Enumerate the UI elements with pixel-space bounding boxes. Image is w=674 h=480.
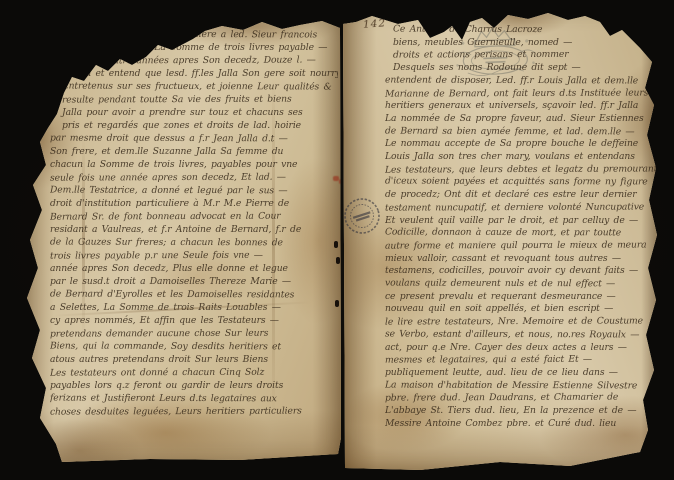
manuscript-line: pris et regardés que zones et droits de … <box>50 119 338 132</box>
folio-number: 142 <box>363 17 387 31</box>
manuscript-line: p.rveu et entend que lesd. ff.les Jalla … <box>50 67 338 80</box>
manuscript-line: de Bernard sa bien aymée femme, et lad. … <box>385 125 659 139</box>
manuscript-scan-background: au droit d'institution particuliere a le… <box>0 0 674 480</box>
manuscript-line: Jalla pour avoir a prendre sur touz et c… <box>50 106 338 119</box>
manuscript-line: mieux valloir, cassant et revoquant tous… <box>385 253 659 266</box>
manuscript-line: voulans quilz demeurent nuls et de nul e… <box>385 278 659 292</box>
manuscript-line: Le nommau accepte de Sa propre bouche le… <box>385 138 659 151</box>
manuscript-line: testament nuncupatif, et derniere volont… <box>385 201 659 215</box>
manuscript-line: Messire Antoine Combez pbre. et Curé dud… <box>385 418 659 431</box>
binding-stitch <box>335 300 339 307</box>
binding-stitch <box>334 241 338 248</box>
manuscript-line: testamens, codicilles, pouvoir avoir cy … <box>385 265 659 278</box>
manuscript-line: a Selettes, La Somme de trois Raits Loua… <box>50 301 338 314</box>
manuscript-line: mesmes et legataires, qui a esté faict E… <box>385 354 659 368</box>
handwritten-text-right: Ce Antoine de Charrus Lacrozebiens, meub… <box>385 24 659 431</box>
manuscript-line: Biens, qui la commande, Soy desdits heri… <box>50 339 338 353</box>
manuscript-line: L'abbaye St. Tiers dud. lieu, En la prez… <box>385 405 659 418</box>
manuscript-line: Dem.lle Testatrice, a donné et legué par… <box>50 183 338 197</box>
manuscript-line: biens, meubles Guernieulle, nomed — <box>385 37 659 50</box>
manuscript-line: droits et actions perisans et nommer <box>385 49 659 63</box>
manuscript-line: le lire estre testateurs, Nre. Memoire e… <box>385 316 659 330</box>
manuscript-line: Marianne de Bernard, ont fait leurs d.ts… <box>385 87 659 101</box>
handwritten-text-left: au droit d'institution particuliere a le… <box>50 28 338 418</box>
manuscript-line: se Verbo, estant d'ailleurs, et nous, no… <box>385 328 659 342</box>
manuscript-line: autre forme et maniere quil pourra le mi… <box>385 239 659 253</box>
manuscript-page-left: au droit d'institution particuliere a le… <box>22 18 341 464</box>
manuscript-line: entendent de disposer, Led. ff.r Louis J… <box>385 74 659 88</box>
manuscript-line: heritiers generaux et universels, sçavoi… <box>385 100 659 113</box>
manuscript-line: choses desduites leguées, Leurs heritier… <box>50 404 338 418</box>
manuscript-line: Codicille, donnaon à cauze de mort, et p… <box>385 227 659 241</box>
manuscript-page-right: 142 <box>341 8 664 472</box>
manuscript-line: Son frere, et dem.lle Suzanne Jalla Sa f… <box>50 145 338 158</box>
manuscript-line: par le susd.t droit a Damoiselles Therez… <box>50 275 338 288</box>
manuscript-line: payable quatre années apres Son decedz, … <box>50 53 338 67</box>
manuscript-line: Jalla Son d.t frere, La Somme de trois l… <box>50 41 338 54</box>
manuscript-line: Bernard Sr. de font bonneau advocat en l… <box>50 209 338 223</box>
manuscript-line: de la Gauzes Sur freres; a chacun les bo… <box>50 235 338 249</box>
manuscript-line: nouveau quil en soit appellés, et bien e… <box>385 303 659 316</box>
manuscript-line: cy apres nommés, Et affin que les Testat… <box>50 314 338 327</box>
manuscript-line: par mesme droit que dessus a f.r Jean Ja… <box>50 131 338 145</box>
manuscript-line: au droit d'institution particuliere a le… <box>50 27 338 41</box>
manuscript-line: Entretenus sur ses fructueux, et joienne… <box>50 79 338 93</box>
manuscript-line: atous autres pretendans droit Sur leurs … <box>50 353 338 366</box>
manuscript-line: droit d'institution particuliere à M.r M… <box>50 197 338 210</box>
manuscript-line: pretendans demander aucune chose Sur leu… <box>50 326 338 340</box>
manuscript-line: de Bernard d'Eyrolles et les Damoiselles… <box>50 287 338 301</box>
manuscript-line: resulte pendant toutte Sa vie des fruits… <box>50 92 338 106</box>
manuscript-line: La nommée de Sa propre faveur, aud. Sieu… <box>385 113 659 126</box>
manuscript-line: d'iceux soient payées et acquittés sans … <box>385 176 659 190</box>
manuscript-line: Et veulent quil vaille par le droit, et … <box>385 215 659 228</box>
manuscript-line: act, pour q.e Nre. Cayer des deux actes … <box>385 342 659 355</box>
manuscript-line: payables lors q.z feront ou gardir de le… <box>50 379 338 392</box>
manuscript-line: Louis Jalla son tres cher mary, voulans … <box>385 151 659 164</box>
manuscript-line: publiquement leutte, aud. lieu de ce lie… <box>385 367 659 380</box>
manuscript-line: Ce Antoine de Charrus Lacroze <box>385 24 659 38</box>
manuscript-line: année apres Son decedz, Plus elle donne … <box>50 262 338 275</box>
manuscript-line: de procedz; Ont dit et declaré ces estre… <box>385 189 659 202</box>
manuscript-line: pbre. frere dud. Jean Daudrans, et Chama… <box>385 392 659 406</box>
round-ink-stamp <box>337 191 387 241</box>
manuscript-line: chacun la Somme de trois livres, payable… <box>50 158 338 171</box>
manuscript-line: residant a Vaulreas, et f.r Antoine de B… <box>50 223 338 236</box>
manuscript-line: trois livres payable p.r une Seule fois … <box>50 248 338 262</box>
manuscript-line: Desquels ses noms Rodoune dit sept — <box>385 62 659 75</box>
manuscript-line: seule fois une année apres son decedz, E… <box>50 170 338 184</box>
manuscript-line: ce present prevalu et requerant desmeura… <box>385 291 659 304</box>
manuscript-line: ferizans et Justifieront Leurs d.ts lega… <box>50 391 338 405</box>
manuscript-line: Les testateurs ont donné a chacun Cinq S… <box>50 365 338 379</box>
binding-stitch <box>336 257 340 264</box>
